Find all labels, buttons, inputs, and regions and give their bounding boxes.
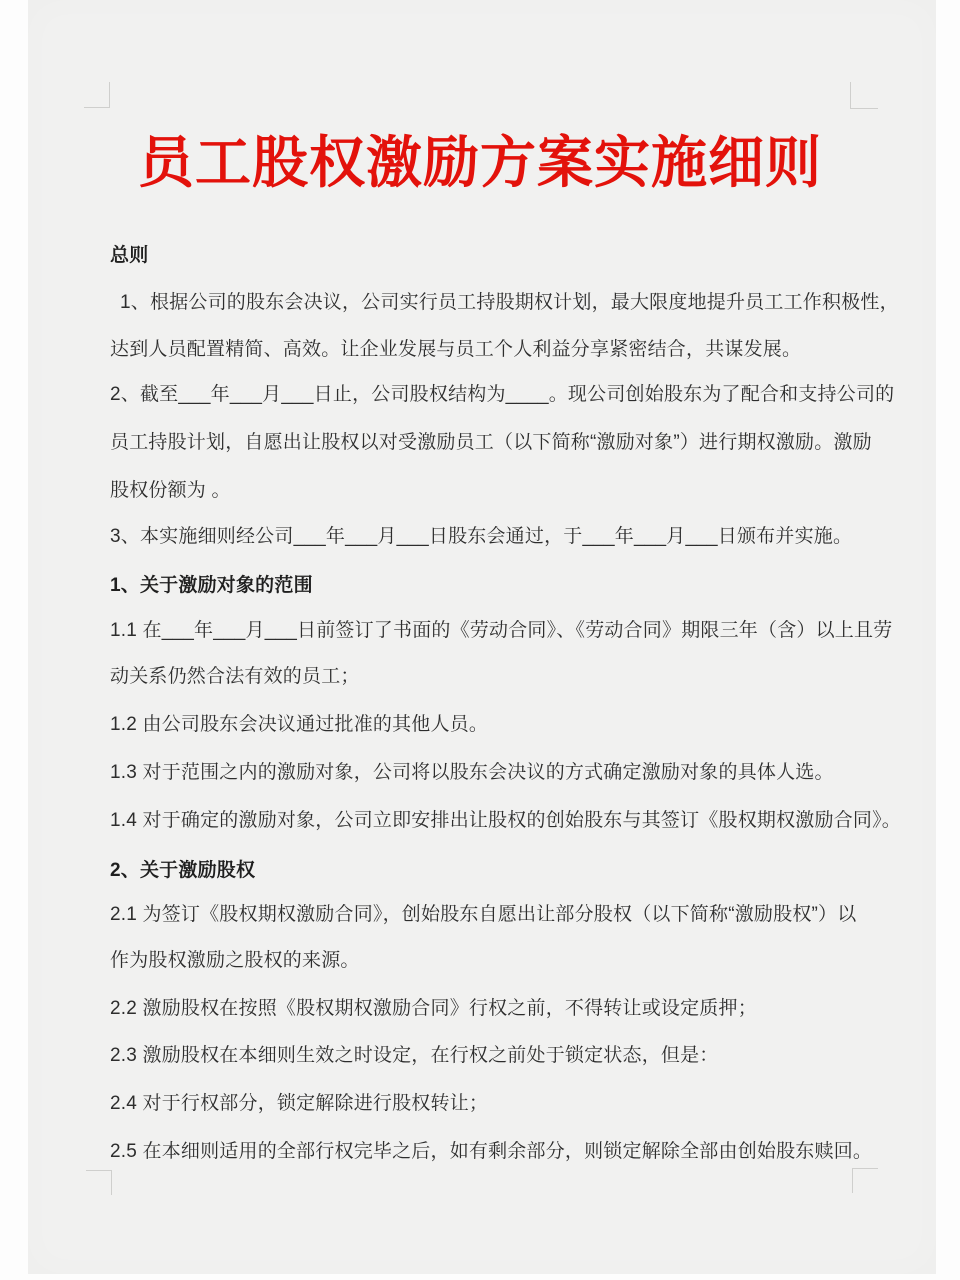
doc-line: 作为股权激励之股权的来源。 [110, 947, 870, 974]
doc-line: 2、截至___年___月___日止，公司股权结构为____。现公司创始股东为了配… [110, 381, 870, 408]
doc-line: 2.3 激励股权在本细则生效之时设定，在行权之前处于锁定状态，但是： [110, 1042, 870, 1069]
document-title: 员工股权激励方案实施细则 [0, 130, 960, 198]
section-heading-2: 2、关于激励股权 [110, 857, 870, 884]
doc-line: 1.2 由公司股东会决议通过批准的其他人员。 [110, 711, 870, 738]
doc-line: 员工持股计划，自愿出让股权以对受激励员工（以下简称“激励对象”）进行期权激励。激… [110, 429, 870, 456]
doc-line: 1.4 对于确定的激励对象，公司立即安排出让股权的创始股东与其签订《股权期权激励… [110, 807, 870, 834]
crop-mark-bottom-right [852, 1168, 878, 1193]
crop-mark-top-right [850, 82, 878, 109]
doc-line: 达到人员配置精简、高效。让企业发展与员工个人利益分享紧密结合，共谋发展。 [110, 336, 870, 363]
doc-line: 1.1 在___年___月___日前签订了书面的《劳动合同》、《劳动合同》期限三… [110, 617, 870, 644]
document-canvas: 员工股权激励方案实施细则 总则 1、根据公司的股东会决议，公司实行员工持股期权计… [0, 0, 960, 1280]
section-heading-general: 总则 [110, 242, 870, 269]
doc-line: 2.1 为签订《股权期权激励合同》，创始股东自愿出让部分股权（以下简称“激励股权… [110, 901, 870, 928]
doc-line: 1.3 对于范围之内的激励对象，公司将以股东会决议的方式确定激励对象的具体人选。 [110, 759, 870, 786]
doc-line: 1、根据公司的股东会决议，公司实行员工持股期权计划，最大限度地提升员工工作积极性… [110, 289, 870, 316]
doc-line: 3、本实施细则经公司___年___月___日股东会通过，于___年___月___… [110, 523, 870, 550]
doc-line: 股权份额为 。 [110, 477, 870, 504]
section-heading-1: 1、关于激励对象的范围 [110, 572, 870, 599]
doc-line: 2.2 激励股权在按照《股权期权激励合同》行权之前，不得转让或设定质押； [110, 995, 870, 1022]
doc-line: 动关系仍然合法有效的员工； [110, 663, 870, 690]
crop-mark-bottom-left [86, 1170, 112, 1195]
doc-line: 2.4 对于行权部分，锁定解除进行股权转让； [110, 1090, 870, 1117]
doc-line: 2.5 在本细则适用的全部行权完毕之后，如有剩余部分，则锁定解除全部由创始股东赎… [110, 1138, 870, 1165]
crop-mark-top-left [84, 82, 110, 108]
